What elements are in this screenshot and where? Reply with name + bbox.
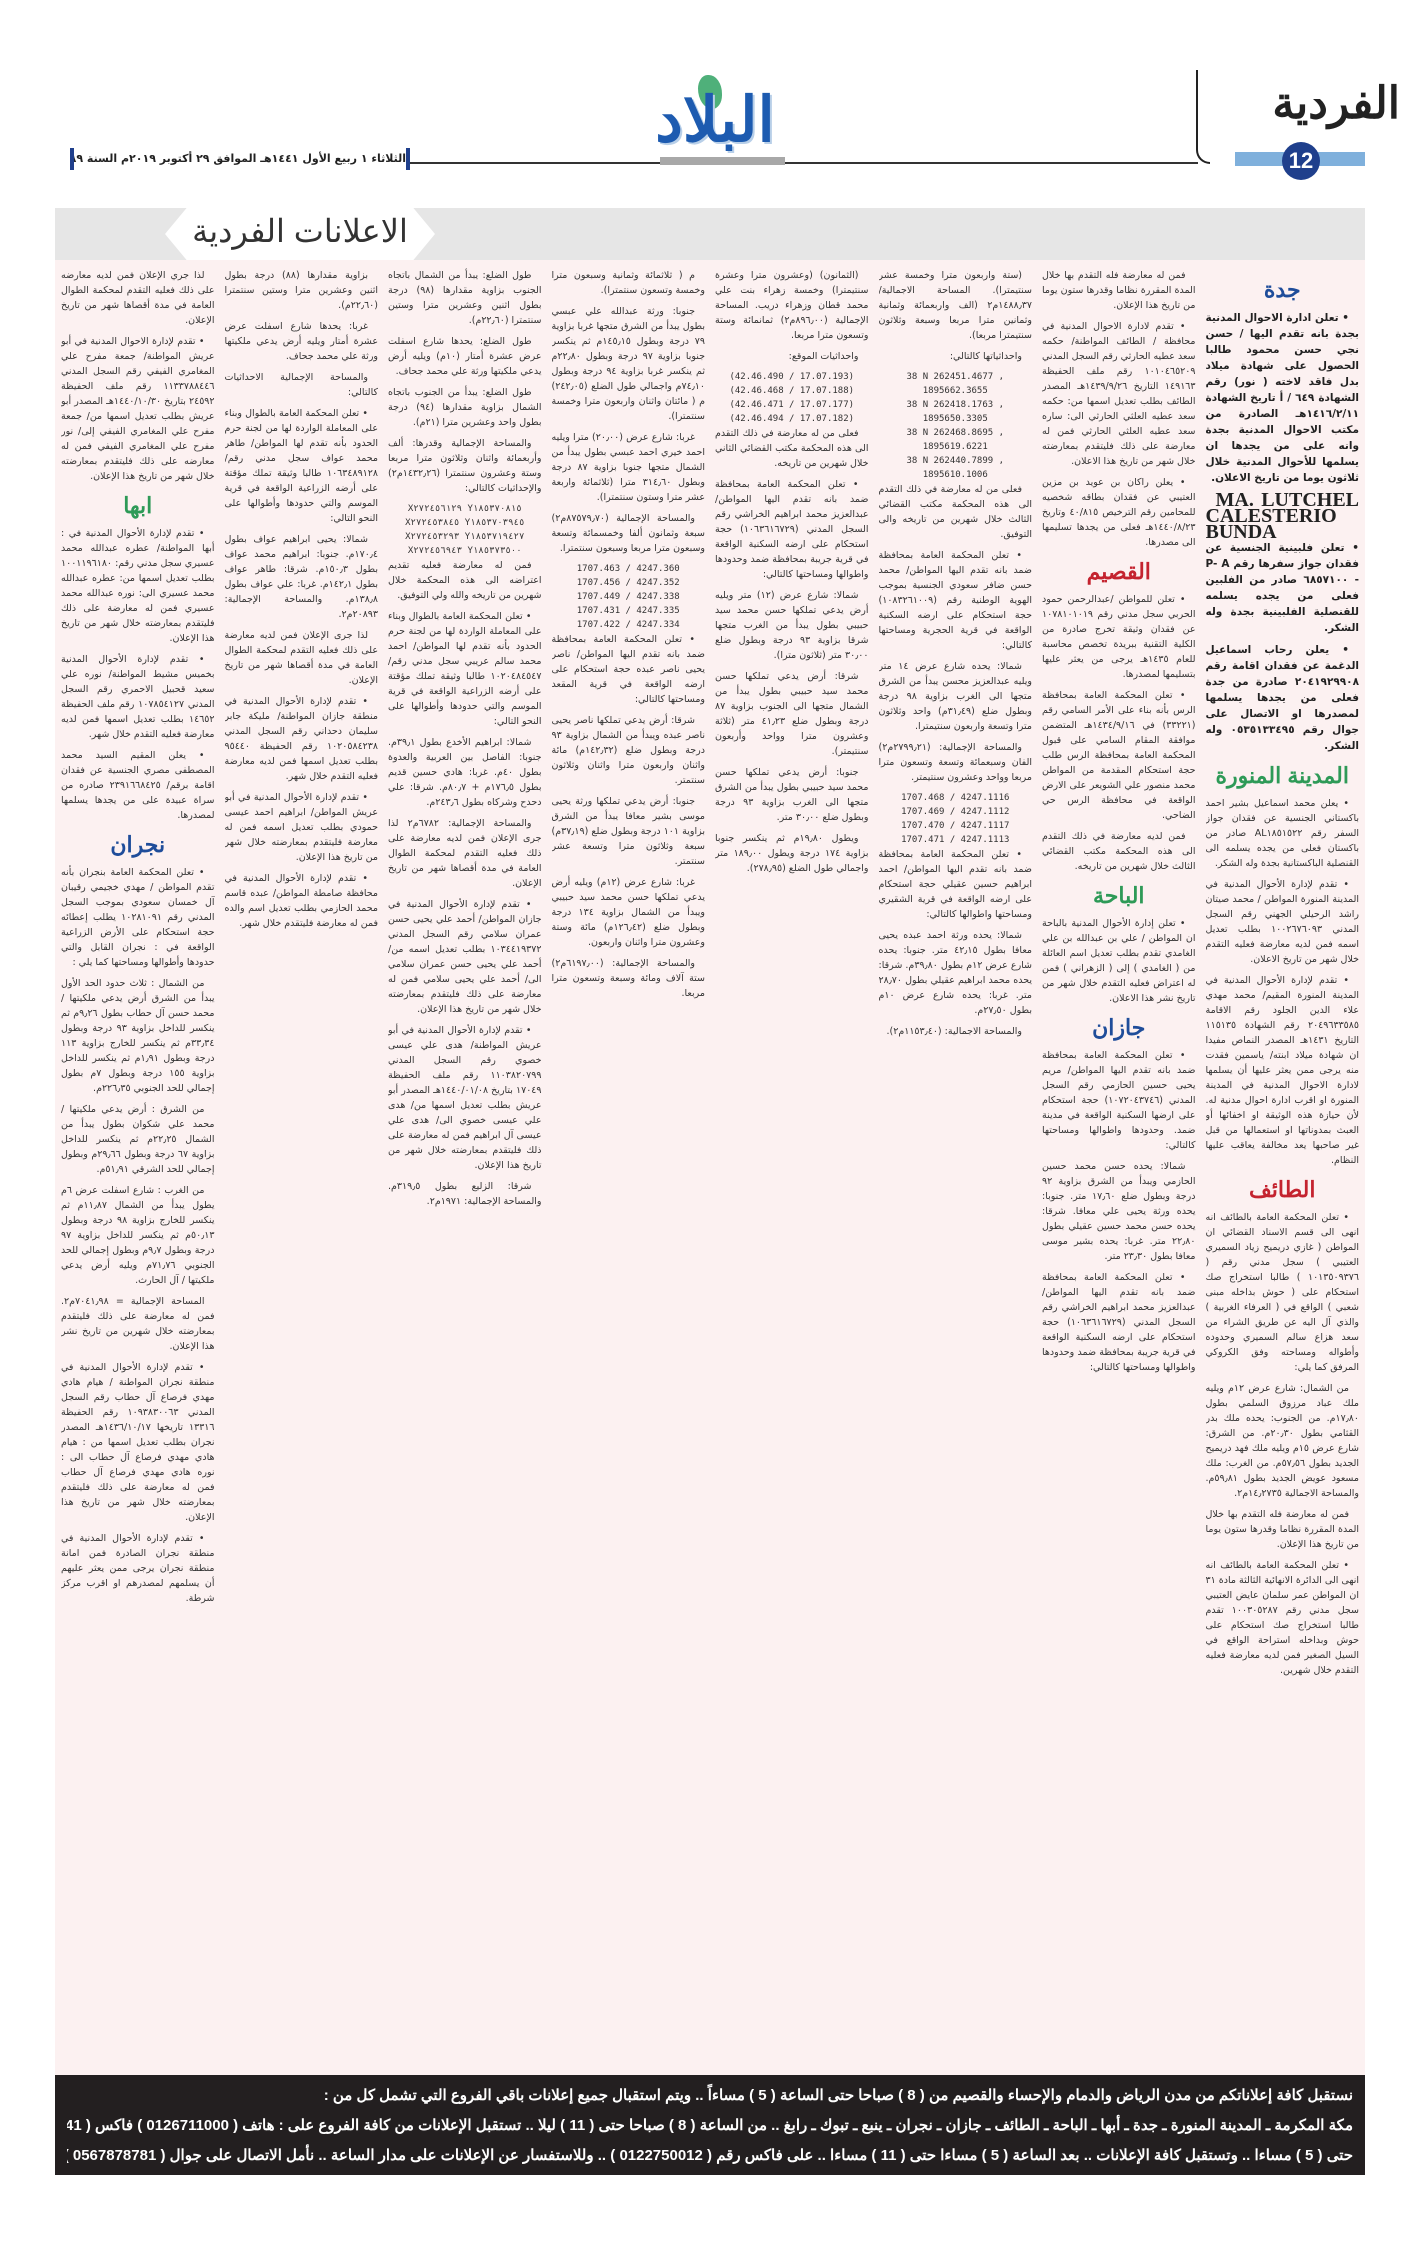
city-heading: نجران xyxy=(61,829,215,861)
classified-ad: من الشمال: شارع عرض ١٢م ويليه ملك عباد م… xyxy=(1206,1381,1360,1501)
ad-text: • تعلن المحكمة العامة بنجران بأنه تقدم ا… xyxy=(61,867,215,968)
classified-ad: شمالا: يحده حسن محمد حسين الحازمي ويبدأ … xyxy=(1042,1159,1196,1264)
classified-ad: من الغرب : شارع اسفلت عرض ٦م يطول يبدأ م… xyxy=(61,1183,215,1288)
classified-ad: • يعلن راكان بن عويد بن مزين العتيبي عن … xyxy=(1042,475,1196,550)
column-3: (ستة واربعون مترا وخمسة عشر سنتيمترا). ا… xyxy=(879,268,1033,2075)
coordinate-line: 1707.431 / 4247.335 xyxy=(552,604,706,618)
classified-ad: (الثمانون) (وعشرون مترا وعشرة سنتيمترا) … xyxy=(715,268,869,343)
ad-text: • تعلن المحكمة العامة بمحافظة الرس بأنه … xyxy=(1042,690,1196,821)
coordinate-line: 1707.449 / 4247.338 xyxy=(552,590,706,604)
city-heading: الطائف xyxy=(1206,1174,1360,1206)
ad-text: فعلى من له معارضة في ذلك التقدم الى هذه … xyxy=(879,484,1033,540)
classified-ad: • تقدم لإدارة الأحوال المدنية في منطقة ج… xyxy=(225,694,379,784)
ad-text: طول الضلع: يحدها شارع اسفلت عرض عشرة أمت… xyxy=(388,336,542,377)
ad-text: فمن لديه معارضة في ذلك التقدم الى هذه ال… xyxy=(1042,831,1196,872)
ad-text: لذا جرى الإعلان فمن لديه معارضة على ذلك … xyxy=(225,630,379,686)
ad-text: فمن له معارضة فعليه تقديم اعتراضه الى هذ… xyxy=(388,560,542,601)
classified-ad: • يعلن رحاب اسماعيل الدغمة عن فقدان اقام… xyxy=(1206,642,1360,754)
classified-ad: طول الضلع: يحدها شارع اسفلت عرض عشرة أمت… xyxy=(388,334,542,379)
ad-text: واحداثياتها كالتالي: xyxy=(950,351,1022,362)
ad-text: • تقدم لإدارة الأحوال المدنية في جازان ا… xyxy=(388,899,542,1015)
coordinate-line: (42.46.471 / 17.07.177) xyxy=(715,398,869,412)
classified-ad: • تعلن المحكمة العامة بمحافظة ضمد بانه ت… xyxy=(552,632,706,707)
classified-ad: • تعلن المحكمة العامة بمحافظة ضمد بانه ت… xyxy=(715,477,869,582)
classified-ad: • تقدم لإدارة الأحوال المدنية في أبو عري… xyxy=(225,790,379,865)
classified-ad: فعلى من له معارضة في ذلك التقدم الى هذه … xyxy=(715,426,869,471)
classified-ad: شمالا: يحده ورثة احمد عبده يحيى معافا بط… xyxy=(879,928,1033,1018)
ad-text: (الثمانون) (وعشرون مترا وعشرة سنتيمترا) … xyxy=(715,270,869,341)
classified-ad: غربا: يحدها شارع اسفلت عرض عشرة أمتار وي… xyxy=(225,319,379,364)
classified-ad: • تقدم لإدارة الأحوال المدنية في أبو عري… xyxy=(388,1023,542,1173)
ad-text: • تعلن المحكمة العامة بالطوال وبناء على … xyxy=(388,611,542,727)
ad-text: والمساحة الإجمالية: ٦٧٨٢م٢ لذا جرى الإعل… xyxy=(388,818,542,889)
column-1: جدة• تعلن ادارة الاحوال المدنية بجدة بان… xyxy=(1206,268,1360,2075)
classified-ad: لذا جرى الإعلان فمن لديه معارضة على ذلك … xyxy=(225,628,379,688)
footer-line-3: حتى ( 5 ) مساءا .. وتستقبل كافة الإعلانا… xyxy=(67,2141,1353,2171)
classified-ad: غربا: شارع عرض (٢٠٫٠٠) مترا ويليه احمد خ… xyxy=(552,430,706,505)
city-heading: ابها xyxy=(61,490,215,522)
ad-text: غربا: شارع عرض (٢٠٫٠٠) مترا ويليه احمد خ… xyxy=(552,432,706,503)
ad-text: بزاوية مقدارها (٨٨) درجة بطول اثنين وعشر… xyxy=(225,270,379,311)
footer-notice: نستقبل كافة إعلاناتكم من مدن الرياض والد… xyxy=(55,2075,1365,2175)
classified-ad: شمالا: يحيى ابراهيم عواف بطول ١٧٠٫٤م. جن… xyxy=(225,532,379,622)
city-heading: جازان xyxy=(1042,1012,1196,1044)
ad-text: والمساحة الإجمالية: (٢٧٩٩٫٢١م٢) الفان وس… xyxy=(879,742,1033,783)
classified-ad: المساحة الإجمالية = ٧٠٤١٫٩٨م٢. فمن له مع… xyxy=(61,1294,215,1354)
ad-text: • تقدم لإدارة الأحوال المدنية في المدينة… xyxy=(1206,975,1360,1166)
ad-text: غربا: شارع عرض (١٢م) ويليه أرض يدعي تملك… xyxy=(552,877,706,948)
coordinate-line: 1707.463 / 4247.360 xyxy=(552,562,706,576)
classified-ad: • تقدم لإدارة الأحوال المدنية في منطقة ن… xyxy=(61,1531,215,1606)
classified-ad: • تعلن المحكمة العامة بالطائف انه انهى ا… xyxy=(1206,1210,1360,1375)
coordinate-line: X٢٧٢٤٥٣٨٤٥ Y١٨٥٣٧٠٣٩٤٥ xyxy=(388,516,542,530)
column-7: بزاوية مقدارها (٨٨) درجة بطول اثنين وعشر… xyxy=(225,268,379,2075)
classified-ad: واحداثيات الموقع: xyxy=(715,349,869,364)
ad-text: • تعلن المحكمة العامة بالطوال وبناء على … xyxy=(225,408,379,524)
coordinate-line: 1707.422 / 4247.334 xyxy=(552,618,706,632)
classified-ad: • تقدم لإدارة الأحوال المدنية في المدينة… xyxy=(1206,877,1360,967)
classified-ad: • يعلن المقيم السيد محمد المصطفى مصري ال… xyxy=(61,748,215,823)
ad-text: • تقدم لإدارة الأحوال المدنية في منطقة ن… xyxy=(61,1533,215,1604)
coordinate-line: 38 N 262451.4677 , 1895662.3655 xyxy=(879,370,1033,398)
classified-ad: (ستة واربعون مترا وخمسة عشر سنتيمترا). ا… xyxy=(879,268,1033,343)
classified-ad: • تقدم لإدارة الأحوال المدنية في المدينة… xyxy=(1206,973,1360,1168)
ad-text: • تقدم لإدارة الأحوال المدنية في المدينة… xyxy=(1206,879,1360,965)
classified-ad: جنوبا: أرض يدعي تملكها حسن محمد سيد حبيب… xyxy=(715,765,869,825)
ad-text: والمساحة الاجمالية: (١١٥٣٫٤٠م٢). xyxy=(886,1026,1022,1037)
classified-ad: • تقدم لإدارة الأحوال المدنية في : أبها … xyxy=(61,526,215,646)
ad-text: • تعلن المحكمة العامة بمحافظة ضمد بانه ت… xyxy=(1042,1050,1196,1151)
coordinate-line: 38 N 262468.8695 , 1895619.6221 xyxy=(879,426,1033,454)
footer-line-2: مكة المكرمة ـ المدينة المنورة ـ جدة ـ أب… xyxy=(67,2111,1353,2141)
ad-text: والمساحة الإجمالية (٨٧٥٧٩٫٧٠م٢) سبعة وثم… xyxy=(552,513,706,554)
classified-ad: • تقدم لإدارة الأحوال المدنية في محافظة … xyxy=(225,871,379,931)
ad-text: شرقا: أرض يدعي تملكها ناصر يحيى ناصر عبد… xyxy=(552,715,706,786)
column-5: م ( ثلاثمائة وثمانية وسبعون مترا وخمسة و… xyxy=(552,268,706,2075)
ad-text: لذا جري الإعلان فمن لديه معارضه على ذلك … xyxy=(61,270,215,326)
classified-ad: شمالا: يحده شارع عرض ١٤ متر ويليه عبدالع… xyxy=(879,659,1033,734)
masthead-bracket-divider xyxy=(1196,70,1210,164)
city-heading: القصيم xyxy=(1042,556,1196,588)
classified-ad: والمساحة الإجمالية: ٦٧٨٢م٢ لذا جرى الإعل… xyxy=(388,816,542,891)
coordinate-line: 1707.471 / 4247.1113 xyxy=(879,833,1033,847)
classified-ad: من الشمال : ثلاث حدود الحد الأول يبدأ من… xyxy=(61,976,215,1096)
ad-text: شمالا: يحده شارع عرض ١٤ متر ويليه عبدالع… xyxy=(879,661,1033,732)
classified-ad: غربا: شارع عرض (١٢م) ويليه أرض يدعي تملك… xyxy=(552,875,706,950)
coordinate-line: X٢٧٢٤٥٦١٢٩ Y١٨٥٣٧٠٨١٥ xyxy=(388,502,542,516)
classified-ad: • تعلن إدارة الأحوال المدنية بالباحة ان … xyxy=(1042,916,1196,1006)
column-6: طول الضلع: يبدأ من الشمال باتجاه الجنوب … xyxy=(388,268,542,2075)
ad-text: والمساحة الإجمالية: (٦١٩٧٫٠٠م٢) ستة آلاف… xyxy=(552,958,706,999)
classified-ad: • تقدم لإدارة الأحوال المدنية في جازان ا… xyxy=(388,897,542,1017)
classified-ad: MA. LUTCHEL CALESTERIO BUNDA• تعلن فلبين… xyxy=(1206,492,1360,636)
ad-text: فمن له معارضة فله التقدم بها خلال المدة … xyxy=(1042,270,1196,311)
ad-text: والمساحة الإجمالية الاحداثيات كالتالي: xyxy=(225,372,379,398)
ad-text: • تعلن إدارة الأحوال المدنية بالباحة ان … xyxy=(1042,918,1196,1004)
classified-ad: • تعلن المحكمة العامة بمحافظة ضمد بانه ت… xyxy=(879,548,1033,653)
classified-ad: جنوبا: أرض يدعي تملكها ورثة يحيى موسى بش… xyxy=(552,794,706,869)
banner-title: الاعلانات الفردية xyxy=(165,212,435,250)
ad-text: • تعلن المحكمة العامة بمحافظة ضمد بانه ت… xyxy=(879,849,1033,920)
ad-text: • تقدم لإدارة الأحوال المدنية في أبو عري… xyxy=(388,1025,542,1171)
classified-ad: • تعلن ادارة الاحوال المدنية بجدة بانه ت… xyxy=(1206,310,1360,486)
coordinate-line: 1707.470 / 4247.1117 xyxy=(879,819,1033,833)
classified-ad: • تقدم لإدارة الأحوال المدنية في منطقة ن… xyxy=(61,1360,215,1525)
ad-text: من الشمال: شارع عرض ١٢م ويليه ملك عباد م… xyxy=(1206,1383,1360,1499)
classified-ad: • تعلن المحكمة العامة بالطوال وبناء على … xyxy=(225,406,379,526)
ad-text: • تعلن المحكمة العامة بالطائف انه انهى ا… xyxy=(1206,1212,1360,1373)
ad-text: شمالا: شارع عرض (١٢) متر ويليه أرض يدعي … xyxy=(715,590,869,661)
coordinate-line: 1707.456 / 4247.352 xyxy=(552,576,706,590)
ad-text: طول الضلع: يبدأ من الجنوب باتجاه الشمال … xyxy=(388,387,542,428)
ad-text: شمالا: يحده حسن محمد حسين الحازمي ويبدأ … xyxy=(1042,1161,1196,1262)
ad-text: م ( ثلاثمائة وثمانية وسبعون مترا وخمسة و… xyxy=(552,270,706,296)
classified-ad: طول الضلع: يبدأ من الجنوب باتجاه الشمال … xyxy=(388,385,542,430)
ad-text: والمساحة الإجمالية وقدرها: ألف وأربعمائة… xyxy=(388,438,542,494)
ad-text: • تعلن فلبينية الجنسية عن فقدان جواز سفر… xyxy=(1206,542,1360,634)
classified-ad: لذا جري الإعلان فمن لديه معارضه على ذلك … xyxy=(61,268,215,328)
classified-ad: جنوبا: ورثة عبدالله علي عبسي بطول يبدأ م… xyxy=(552,304,706,424)
coordinate-line: 38 N 262418.1763 , 1895650.3305 xyxy=(879,398,1033,426)
classified-ad: • تعلن المحكمة العامة بمحافظة ضمد بانه ت… xyxy=(1042,1270,1196,1375)
ad-text: ويطول ١٩٫٨٠م ثم ينكسر جنوبا بزاوية ١٧٤ د… xyxy=(715,833,869,874)
ad-text: شرقا: الزليع بطول ٣١٩٫٥م. والمساحة الإجم… xyxy=(388,1181,542,1207)
city-heading: جدة xyxy=(1206,274,1360,306)
ad-text: • تعلن المحكمة العامة بالطائف انه انهى ا… xyxy=(1206,1560,1360,1676)
classified-ad: شرقا: أرض يدعي تملكها حسن محمد سيد حبيبي… xyxy=(715,669,869,759)
classified-ad: فمن له معارضة فعليه تقديم اعتراضه الى هذ… xyxy=(388,558,542,603)
city-heading: المدينة المنورة xyxy=(1206,760,1360,792)
ad-text: • تقدم لإدارة الأحوال المدنية بخميس مشيط… xyxy=(61,654,215,740)
ad-text: • يعلن المقيم السيد محمد المصطفى مصري ال… xyxy=(61,750,215,821)
ad-text: غربا: يحدها شارع اسفلت عرض عشرة أمتار وي… xyxy=(225,321,379,362)
ad-text: من الغرب : شارع اسفلت عرض ٦م يطول يبدأ م… xyxy=(61,1185,215,1286)
classified-ad: فمن لديه معارضة في ذلك التقدم الى هذه ال… xyxy=(1042,829,1196,874)
classified-ad: • تقدم لإدارة الاحوال المدنية في أبو عري… xyxy=(61,334,215,484)
classified-ad: • تعلن للمواطن /عبدالرحمن حمود الحربي سج… xyxy=(1042,592,1196,682)
section-title: الفردية xyxy=(1272,78,1400,129)
ad-text: • تقدم لإدارة الأحوال المدنية في منطقة ن… xyxy=(61,1362,215,1523)
classified-ad: فمن له معارضة فله التقدم بها خلال المدة … xyxy=(1206,1507,1360,1552)
ad-text: • تعلن المحكمة العامة بمحافظة ضمد بانه ت… xyxy=(879,550,1033,651)
ad-text: • تقدم لإدارة الأحوال المدنية في : أبها … xyxy=(61,528,215,644)
classified-ad: • تعلن المحكمة العامة بنجران بأنه تقدم ا… xyxy=(61,865,215,970)
classified-ad: فعلى من له معارضة في ذلك التقدم الى هذه … xyxy=(879,482,1033,542)
coordinate-line: X٢٧٢٤٥٣٢٩٣ Y١٨٥٣٧١٩٤٢٧ xyxy=(388,530,542,544)
page-number-badge: 12 xyxy=(1282,142,1320,180)
ad-text: (ستة واربعون مترا وخمسة عشر سنتيمترا). ا… xyxy=(879,270,1033,341)
classified-ad: والمساحة الإجمالية وقدرها: ألف وأربعمائة… xyxy=(388,436,542,496)
logo-text: البلاد xyxy=(640,83,790,156)
ad-text: • تقدم لادارة الاحوال المدنية في محافظة … xyxy=(1042,321,1196,467)
coordinate-line: 1707.469 / 4247.1112 xyxy=(879,805,1033,819)
ad-text: • يعلن راكان بن عويد بن مزين العتيبي عن … xyxy=(1042,477,1196,548)
ad-text: شمالا: يحده ورثة احمد عبده يحيى معافا بط… xyxy=(879,930,1033,1016)
footer-line-1: نستقبل كافة إعلاناتكم من مدن الرياض والد… xyxy=(67,2081,1353,2111)
ad-text: • تعلن المحكمة العامة بمحافظة ضمد بانه ت… xyxy=(715,479,869,580)
ad-text: شمالا: ابراهيم الأخدع بطول ٣٩٫١م. جنوبا:… xyxy=(388,737,542,808)
classified-ad: شمالا: شارع عرض (١٢) متر ويليه أرض يدعي … xyxy=(715,588,869,663)
classified-ad: م ( ثلاثمائة وثمانية وسبعون مترا وخمسة و… xyxy=(552,268,706,298)
classified-ad: شمالا: ابراهيم الأخدع بطول ٣٩٫١م. جنوبا:… xyxy=(388,735,542,810)
column-4: (الثمانون) (وعشرون مترا وعشرة سنتيمترا) … xyxy=(715,268,869,2075)
ad-text: جنوبا: أرض يدعي تملكها ورثة يحيى موسى بش… xyxy=(552,796,706,867)
column-8: لذا جري الإعلان فمن لديه معارضه على ذلك … xyxy=(61,268,215,2075)
ad-text: فعلى من له معارضة في ذلك التقدم الى هذه … xyxy=(715,428,869,469)
classified-ad: والمساحة الاجمالية: (١١٥٣٫٤٠م٢). xyxy=(879,1024,1033,1039)
ad-text: من الشرق : أرض يدعي ملكيتها / محمد علي ش… xyxy=(61,1104,215,1175)
ad-text: • تعلن المحكمة العامة بمحافظة ضمد بانه ت… xyxy=(552,634,706,705)
classified-ad: شرقا: أرض يدعي تملكها ناصر يحيى ناصر عبد… xyxy=(552,713,706,788)
coordinate-line: (42.46.494 / 17.07.182) xyxy=(715,412,869,426)
ad-text: واحداثيات الموقع: xyxy=(789,351,859,362)
dateline: الثلاثاء ١ ربيع الأول ١٤٤١هـ الموافق ٢٩ … xyxy=(70,148,410,170)
section-banner: الاعلانات الفردية xyxy=(55,208,1365,260)
ad-text: • تقدم لإدارة الاحوال المدنية في أبو عري… xyxy=(61,336,215,482)
ad-latin-name: MA. LUTCHEL CALESTERIO BUNDA xyxy=(1206,492,1360,540)
ad-text: • تقدم لإدارة الأحوال المدنية في أبو عري… xyxy=(225,792,379,863)
classified-ad: • تعلن المحكمة العامة بمحافظة ضمد بانه ت… xyxy=(1042,1048,1196,1153)
column-2: فمن له معارضة فله التقدم بها خلال المدة … xyxy=(1042,268,1196,2075)
classifieds-columns: جدة• تعلن ادارة الاحوال المدنية بجدة بان… xyxy=(55,260,1365,2075)
ad-text: جنوبا: ورثة عبدالله علي عبسي بطول يبدأ م… xyxy=(552,306,706,422)
classified-ad: • تعلن المحكمة العامة بالطوال وبناء على … xyxy=(388,609,542,729)
ad-text: • تعلن ادارة الاحوال المدنية بجدة بانه ت… xyxy=(1206,312,1360,484)
classified-ad: والمساحة الإجمالية: (٢٧٩٩٫٢١م٢) الفان وس… xyxy=(879,740,1033,785)
ad-text: شرقا: أرض يدعي تملكها حسن محمد سيد حبيبي… xyxy=(715,671,869,757)
ad-text: المساحة الإجمالية = ٧٠٤١٫٩٨م٢. فمن له مع… xyxy=(61,1296,215,1352)
classified-ad: والمساحة الإجمالية الاحداثيات كالتالي: xyxy=(225,370,379,400)
classified-ad: • تعلن المحكمة العامة بمحافظة الرس بأنه … xyxy=(1042,688,1196,823)
ad-text: جنوبا: أرض يدعي تملكها حسن محمد سيد حبيب… xyxy=(715,767,869,823)
ad-text: • يعلن رحاب اسماعيل الدغمة عن فقدان اقام… xyxy=(1206,644,1360,752)
classified-ad: • تعلن المحكمة العامة بمحافظة ضمد بانه ت… xyxy=(879,847,1033,922)
classified-ad: والمساحة الإجمالية (٨٧٥٧٩٫٧٠م٢) سبعة وثم… xyxy=(552,511,706,556)
classified-ad: من الشرق : أرض يدعي ملكيتها / محمد علي ش… xyxy=(61,1102,215,1177)
coordinate-line: (42.46.490 / 17.07.193) xyxy=(715,370,869,384)
coordinate-line: 38 N 262440.7899 , 1895610.1006 xyxy=(879,454,1033,482)
classified-ad: • يعلن محمد اسماعيل بشير احمد باكستاني ا… xyxy=(1206,796,1360,871)
ad-text: شمالا: يحيى ابراهيم عواف بطول ١٧٠٫٤م. جن… xyxy=(225,534,379,620)
classified-ad: فمن له معارضة فله التقدم بها خلال المدة … xyxy=(1042,268,1196,313)
classified-ad: شرقا: الزليع بطول ٣١٩٫٥م. والمساحة الإجم… xyxy=(388,1179,542,1209)
coordinate-line: (42.46.468 / 17.07.188) xyxy=(715,384,869,398)
logo-underline xyxy=(660,157,785,165)
classified-ad: • تقدم لادارة الاحوال المدنية في محافظة … xyxy=(1042,319,1196,469)
masthead: الفردية 12 البلاد الثلاثاء ١ ربيع الأول … xyxy=(0,0,1420,200)
ad-text: من الشمال : ثلاث حدود الحد الأول يبدأ من… xyxy=(61,978,215,1094)
ad-text: • تعلن للمواطن /عبدالرحمن حمود الحربي سج… xyxy=(1042,594,1196,680)
classified-ad: بزاوية مقدارها (٨٨) درجة بطول اثنين وعشر… xyxy=(225,268,379,313)
coordinate-line: X٢٧٢٤٥٦٩٤٣ Y١٨٥٣٧٣٥٠٠ xyxy=(388,544,542,558)
classified-ad: • تعلن المحكمة العامة بالطائف انه انهى ا… xyxy=(1206,1558,1360,1678)
ad-text: • تعلن المحكمة العامة بمحافظة ضمد بانه ت… xyxy=(1042,1272,1196,1373)
ad-text: • تقدم لإدارة الأحوال المدنية في منطقة ج… xyxy=(225,696,379,782)
masthead-rule xyxy=(410,162,1198,164)
classified-ad: واحداثياتها كالتالي: xyxy=(879,349,1033,364)
city-heading: الباحة xyxy=(1042,880,1196,912)
ad-text: • تقدم لإدارة الأحوال المدنية في محافظة … xyxy=(225,873,379,929)
ad-text: فمن له معارضة فله التقدم بها خلال المدة … xyxy=(1206,1509,1360,1550)
ad-text: طول الضلع: يبدأ من الشمال باتجاه الجنوب … xyxy=(388,270,542,326)
classified-ad: طول الضلع: يبدأ من الشمال باتجاه الجنوب … xyxy=(388,268,542,328)
coordinate-line: 1707.468 / 4247.1116 xyxy=(879,791,1033,805)
ad-text: • يعلن محمد اسماعيل بشير احمد باكستاني ا… xyxy=(1206,798,1360,869)
classified-ad: والمساحة الإجمالية: (٦١٩٧٫٠٠م٢) ستة آلاف… xyxy=(552,956,706,1001)
newspaper-logo: البلاد xyxy=(640,75,790,170)
classified-ad: ويطول ١٩٫٨٠م ثم ينكسر جنوبا بزاوية ١٧٤ د… xyxy=(715,831,869,876)
classified-ad: • تقدم لإدارة الأحوال المدنية بخميس مشيط… xyxy=(61,652,215,742)
